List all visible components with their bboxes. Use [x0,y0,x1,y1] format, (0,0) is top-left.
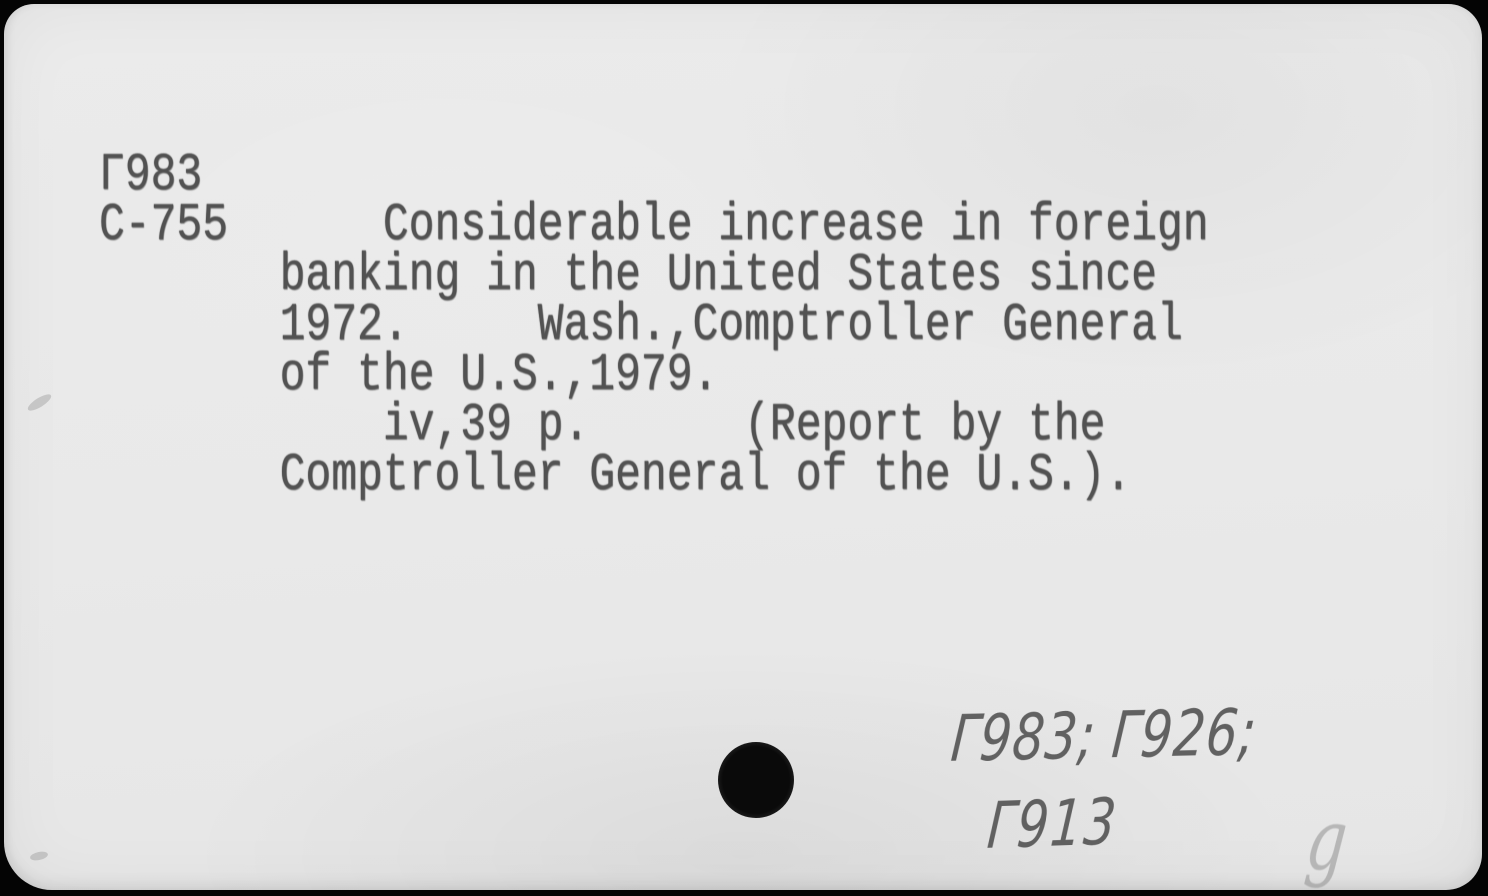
handwritten-shelfmarks-line1: Г983; Г926; [949,701,1259,772]
faint-pencil-mark: g [1302,796,1351,885]
catalog-card: Г983 C-755 Considerable increase in fore… [4,4,1482,890]
smudge-mark [26,392,54,414]
smudge-mark [29,850,48,862]
photo-background: Г983 C-755 Considerable increase in fore… [0,0,1488,896]
hole-punch-dot [718,742,794,818]
typed-text: Г983 C-755 Considerable increase in fore… [99,150,1209,500]
handwritten-shelfmarks-line2: Г913 [985,791,1120,859]
